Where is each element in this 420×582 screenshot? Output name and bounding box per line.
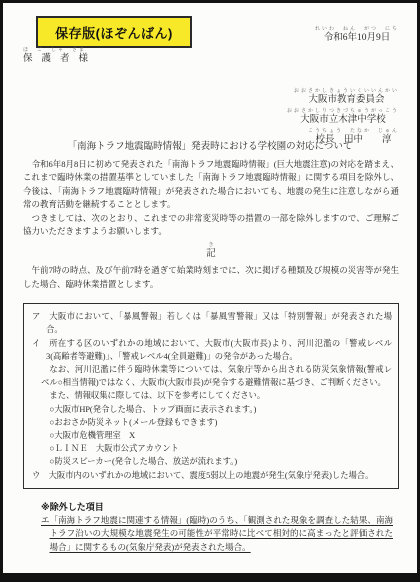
sender-school: おおさかしりつきづちゅうがっこう 大阪市立木津中学校 [287,109,399,127]
sender-organization: おおさかしきょういくいいんかい 大阪市教育委員会 [287,89,399,107]
save-version-stamp: 保存版(ほぞんばん) [36,16,192,48]
intro-paragraph-2: つきましては、次のとおり、これまでの非常変災時等の措置の一部を除外しますので、ご… [23,212,399,239]
excluded-item-e: エ「南海トラフ地震に関連する情報」(臨時)のうち、「観測された現象を調査した結果… [41,514,393,555]
info-source-line-account: ○ＬＩＮＥ 大阪市公式アカウント [32,442,392,455]
document-page: 保存版(ほぞんばん) れいわ ねん がつ にち 令和6年10月9日 ほ ご しゃ… [0,0,420,582]
criteria-item-u: ウ 大阪市内のいずれかの地域において、震度5弱以上の地震が発生(気象庁発表)した… [32,469,392,482]
info-source-kiki-kanri-x: ○大阪市危機管理室 X [32,429,392,442]
ki-marker-text: 記 [23,249,399,260]
recipient-text: 保護者様 [23,54,97,65]
ki-marker: き 記 [23,243,399,260]
intro-paragraph-1: 令和6年8月8日に初めて発表された「南海トラフ地震臨時情報」(巨大地震注意)の対… [23,158,399,212]
info-source-bousai-speaker: ○防災スピーカー(発令した場合、放送が流れます。) [32,455,392,468]
sender-school-text: 大阪市立木津中学校 [287,115,399,126]
document-title: 「南海トラフ地震臨時情報」発表時における学校園の対応について [3,138,417,152]
criteria-item-i-note-1: なお、河川氾濫に伴う臨時休業等については、気象庁等から出される防災気象情報(警戒… [32,363,392,389]
issue-date-text: 令和6年10月9日 [315,33,399,44]
info-source-osaka-hp: ○大阪市HP(発令した場合、トップ画面に表示されます。) [32,403,392,416]
excluded-items-heading: ※除外した項目 [41,501,393,514]
notice-intro-paragraph: 午前7時の時点、及び午前7時を過ぎて始業時刻までに、次に掲げる種類及び規模の災害… [23,264,399,291]
sender-organization-text: 大阪市教育委員会 [294,95,399,106]
save-version-stamp-label: 保存版(ほぞんばん) [55,23,173,42]
issue-date: れいわ ねん がつ にち 令和6年10月9日 [315,27,399,44]
criteria-item-a: ア 大阪市において、「暴風警報」若しくは「暴風雪警報」又は「特別警報」が発表され… [32,310,392,336]
info-source-bousai-net: ○おおさか防災ネット(メール登録もできます) [32,416,392,429]
excluded-items-section: ※除外した項目 エ「南海トラフ地震に関連する情報」(臨時)のうち、「観測された現… [41,501,393,555]
criteria-item-i-note-2: また、情報収集に際しては、以下を参考にしてください。 [32,389,392,402]
recipient: ほ ご しゃ さま 保護者様 [23,48,97,65]
closure-criteria-box: ア 大阪市において、「暴風警報」若しくは「暴風雪警報」又は「特別警報」が発表され… [23,303,399,489]
document-body: 令和6年8月8日に初めて発表された「南海トラフ地震臨時情報」(巨大地震注意)の対… [23,158,399,555]
criteria-item-i: イ 所在する区のいずれかの地域において、大阪市(大阪市長)より、河川氾濫の「警戒… [32,337,392,363]
